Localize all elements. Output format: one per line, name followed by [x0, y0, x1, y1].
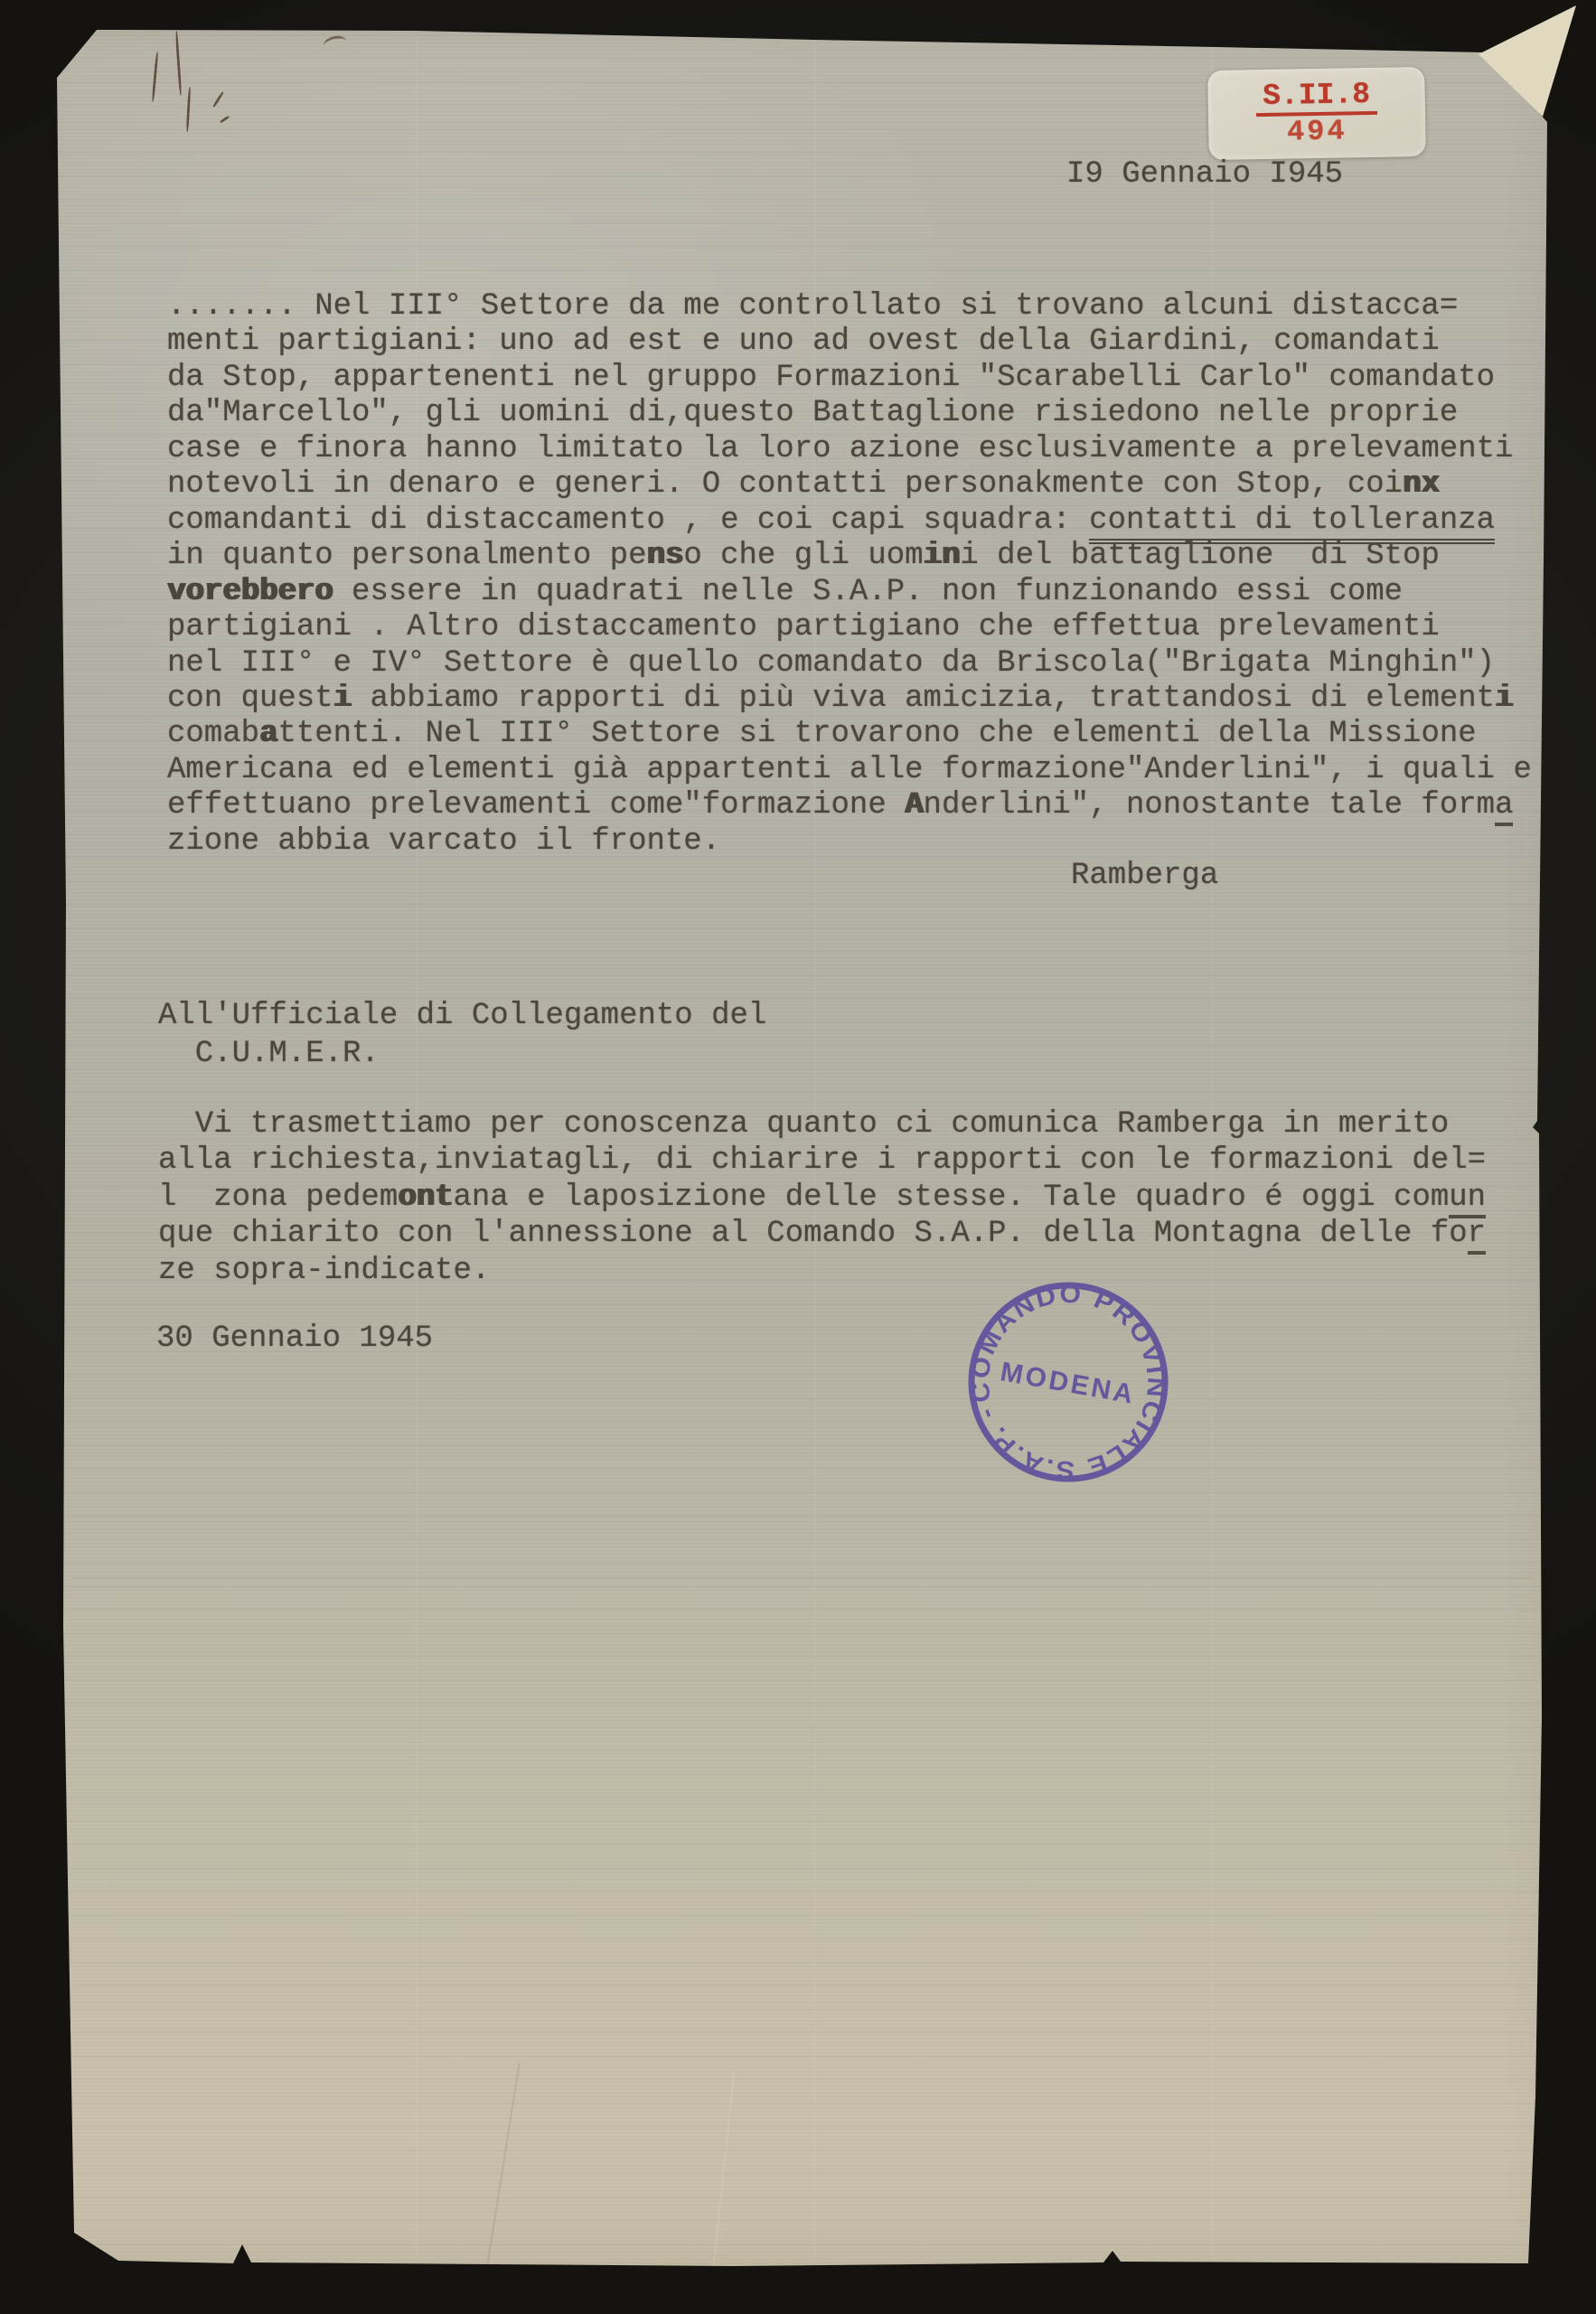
letter-date-top: I9 Gennaio I945	[1066, 157, 1343, 193]
provincial-command-stamp: COMANDO PROVINCIALE S.A.P. - MODENA	[951, 1265, 1186, 1500]
document-page: S.II.8 494 I9 Gennaio I945 ....... Nel I…	[0, 0, 1596, 2314]
report-body: ....... Nel III° Settore da me controlla…	[167, 289, 1532, 860]
text-line: comandanti di distaccamento , e coi capi…	[167, 503, 1532, 539]
ink-scribble	[186, 87, 192, 132]
forwarding-note: Vi trasmettiamo per conoscenza quanto ci…	[158, 1106, 1486, 1289]
text-line: notevoli in denaro e generi. O contatti …	[167, 467, 1532, 503]
text-line: ....... Nel III° Settore da me controlla…	[167, 289, 1532, 325]
text-line: comabattenti. Nel III° Settore si trovar…	[167, 717, 1532, 752]
text-line: menti partigiani: uno ad est e uno ad ov…	[167, 325, 1532, 360]
text-line: in quanto personalmento penso che gli uo…	[167, 539, 1532, 574]
text-line: C.U.M.E.R.	[158, 1036, 766, 1074]
letter-date-bottom: 30 Gennaio 1945	[156, 1322, 433, 1357]
paper-crease	[72, 1577, 1533, 1579]
text-line: da"Marcello", gli uomini di,questo Batta…	[167, 396, 1532, 431]
recipient-address: All'Ufficiale di Collegamento del C.U.M.…	[158, 998, 766, 1073]
text-line: ze sopra-indicate.	[158, 1253, 1486, 1289]
paper-crease	[486, 2062, 521, 2266]
stamp-center-text: MODENA	[998, 1357, 1138, 1410]
text-line: All'Ufficiale di Collegamento del	[158, 998, 766, 1036]
signature: Ramberga	[1071, 859, 1218, 894]
text-line: nel III° e IV° Settore è quello comandat…	[167, 646, 1532, 682]
text-line: l zona pedemontana e laposizione delle s…	[158, 1180, 1486, 1216]
text-line: case e finora hanno limitato la loro azi…	[167, 432, 1532, 467]
text-line: alla richiesta,inviatagli, di chiarire i…	[158, 1143, 1486, 1179]
text-line: da Stop, appartenenti nel gruppo Formazi…	[167, 361, 1532, 396]
ink-scribble	[174, 31, 182, 96]
text-line: zione abbia varcato il fronte.	[167, 824, 1532, 860]
text-line: Americana ed elementi già appartenti all…	[167, 753, 1532, 788]
archival-number: 494	[1287, 115, 1347, 148]
text-line: Vi trasmettiamo per conoscenza quanto ci…	[158, 1106, 1486, 1143]
ink-scribble	[220, 115, 230, 123]
ink-scribble	[152, 52, 159, 102]
scan-background: S.II.8 494 I9 Gennaio I945 ....... Nel I…	[0, 0, 1596, 2314]
text-line: vorebbero essere in quadrati nelle S.A.P…	[167, 575, 1532, 610]
paper-crease	[713, 2070, 736, 2266]
text-line: partigiani . Altro distaccamento partigi…	[167, 610, 1532, 645]
text-line: con questi abbiamo rapporti di più viva …	[167, 682, 1532, 717]
archival-label: S.II.8 494	[1207, 67, 1426, 160]
text-line: effettuano prelevamenti come"formazione …	[167, 788, 1532, 823]
ink-scribble	[212, 91, 224, 108]
ink-scribble	[323, 33, 349, 53]
archival-code: S.II.8	[1255, 78, 1378, 116]
text-line: que chiarito con l'annessione al Comando…	[158, 1216, 1486, 1252]
